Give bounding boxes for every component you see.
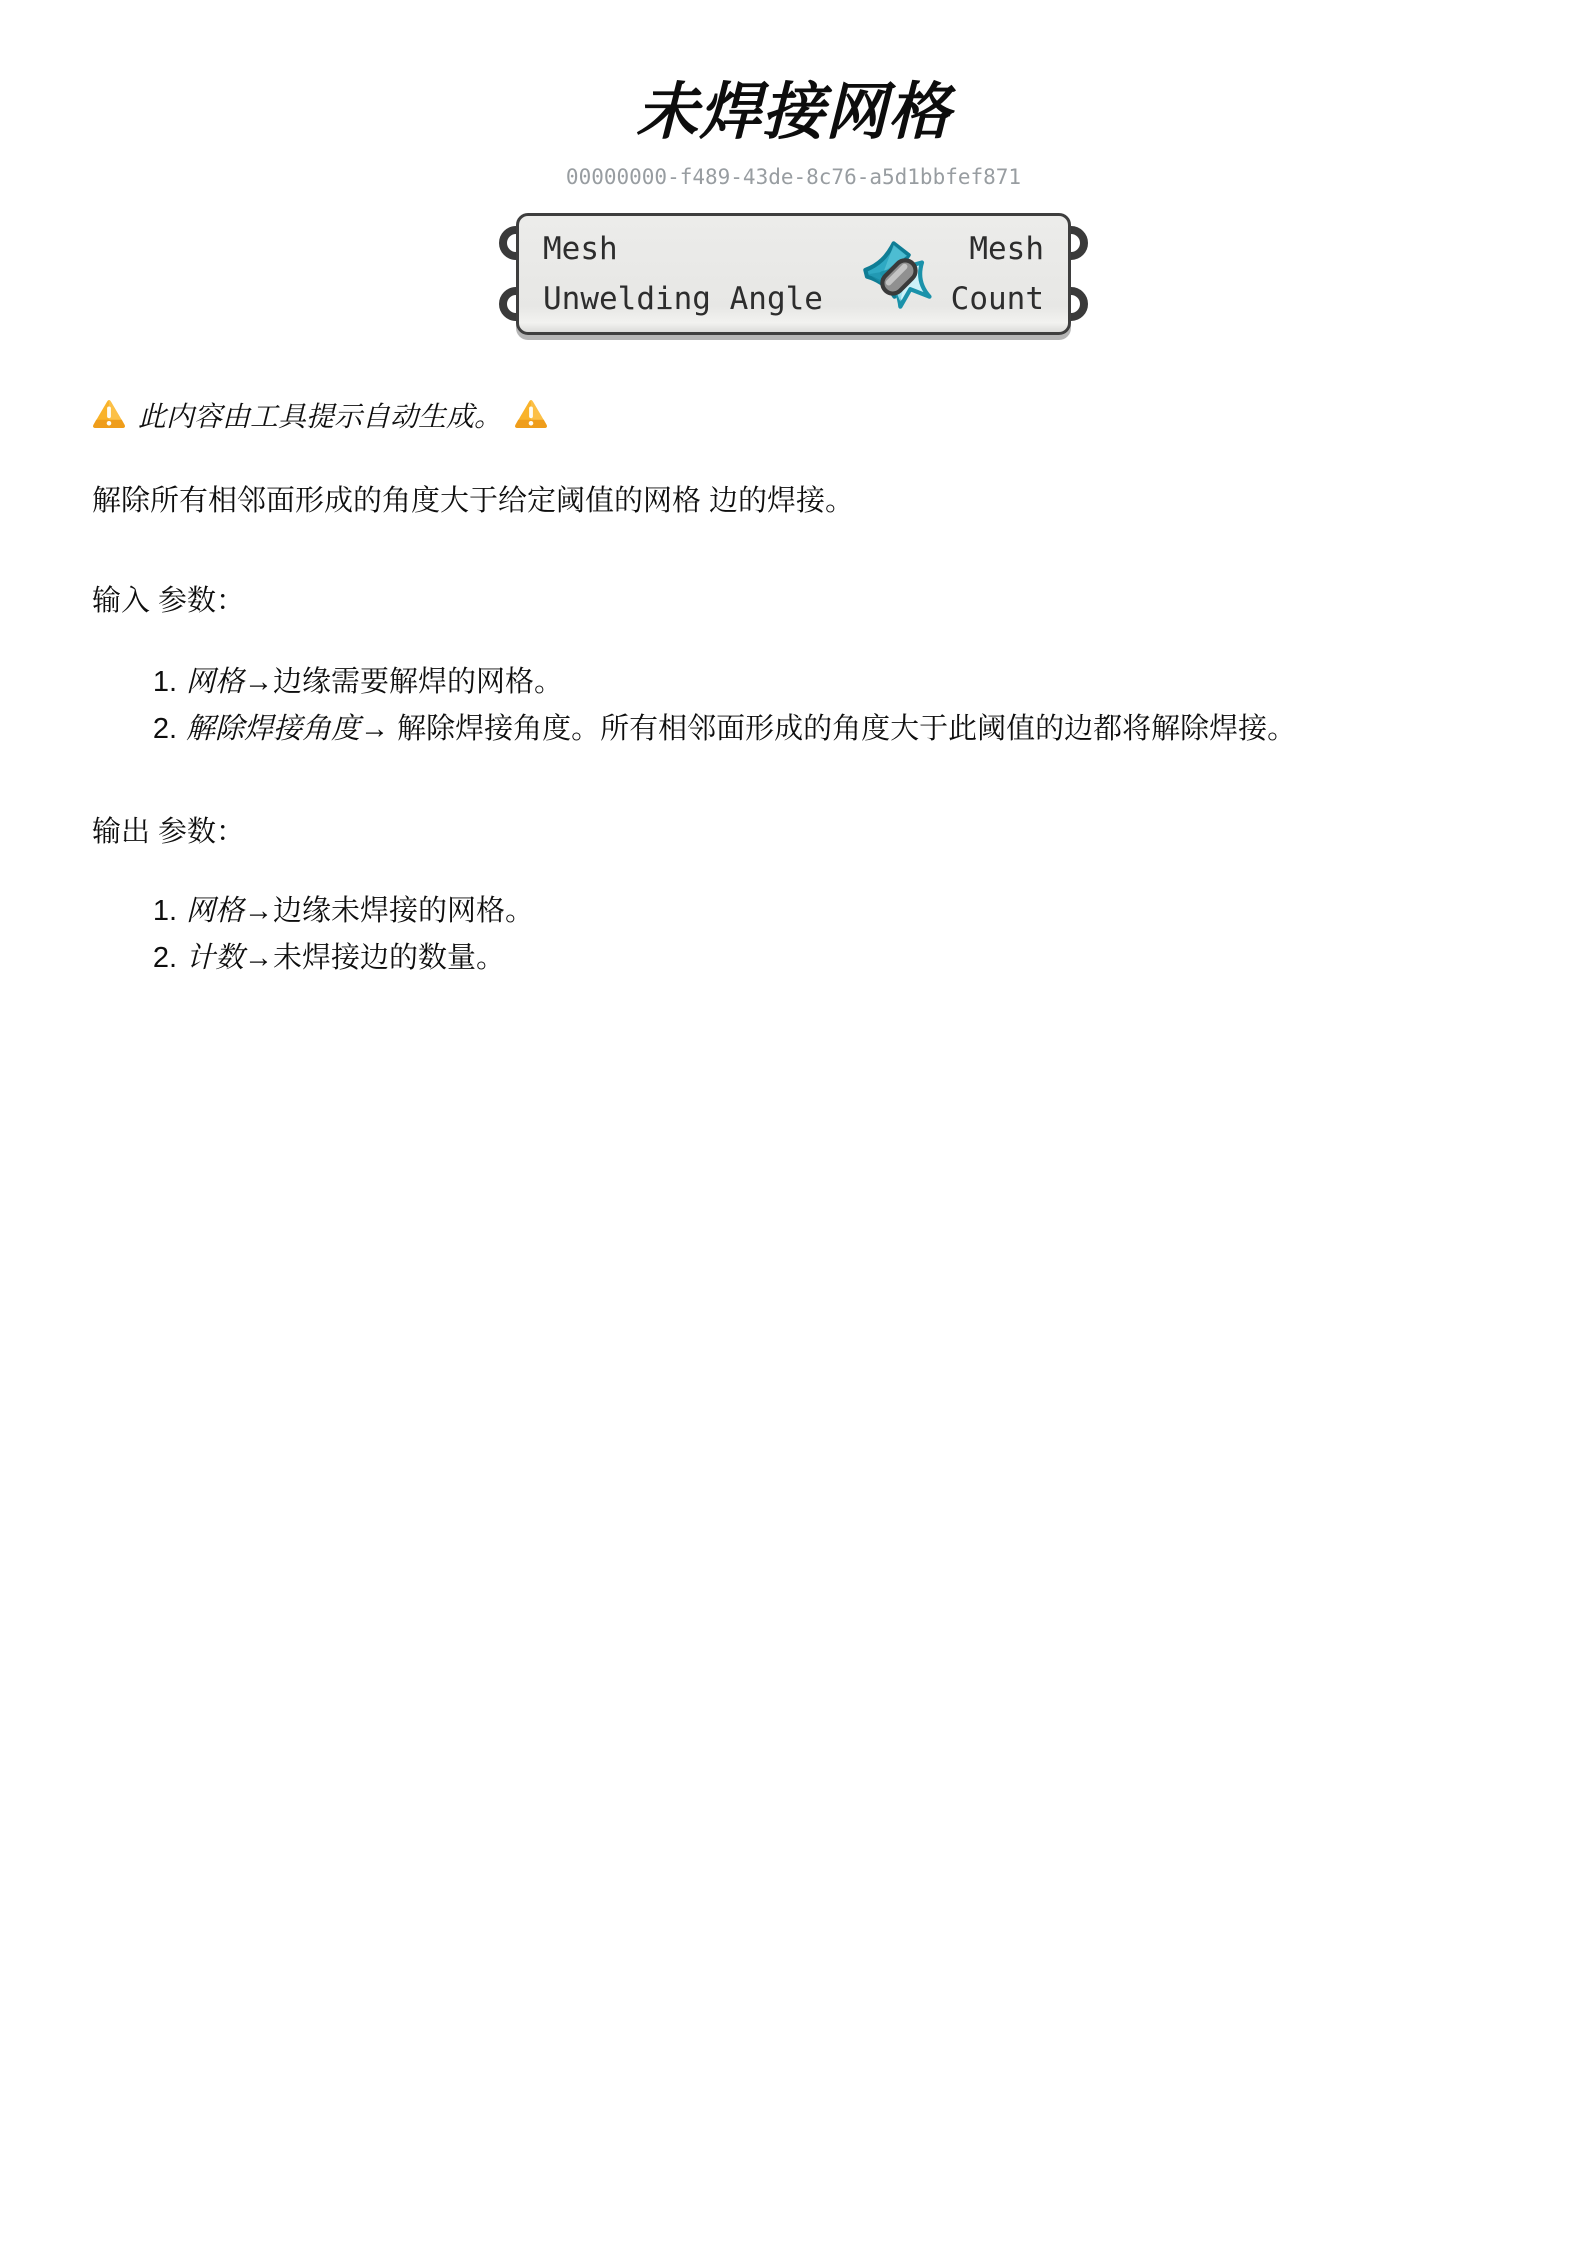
document-page: 未焊接网格 00000000-f489-43de-8c76-a5d1bbfef8…: [0, 0, 1587, 2244]
output-label-count: Count: [951, 281, 1068, 317]
warning-icon: [514, 399, 548, 431]
list-item-number: 2.: [152, 706, 186, 753]
page-title: 未焊接网格: [0, 62, 1587, 151]
warning-icon: [92, 399, 126, 431]
list-item-number: 1.: [152, 659, 186, 706]
outputs-heading: 输出 参数：: [92, 809, 1495, 850]
list-item: 2. 解除焊接角度→ 解除焊接角度。所有相邻面形成的角度大于此阈值的边都将解除焊…: [92, 706, 1495, 753]
param-name: 解除焊接角度: [186, 713, 360, 745]
list-item-text: 网格→边缘未焊接的网格。: [186, 888, 1455, 935]
arrow-glyph: →: [244, 666, 273, 698]
gh-component-body: Mesh Mesh Unwelding Angle Count: [516, 213, 1071, 335]
param-desc: 边缘未焊接的网格。: [273, 895, 534, 927]
param-desc: 边缘需要解焊的网格。: [273, 666, 563, 698]
inputs-heading: 输入 参数：: [92, 578, 1495, 619]
notice-text: 此内容由工具提示自动生成。: [138, 395, 502, 435]
list-item: 1. 网格→边缘未焊接的网格。: [92, 888, 1495, 935]
param-name: 计数: [186, 942, 244, 974]
list-item: 1. 网格→边缘需要解焊的网格。: [92, 659, 1495, 706]
gh-row-1: Mesh Mesh: [519, 224, 1068, 274]
param-name: 网格: [186, 666, 244, 698]
param-name: 网格: [186, 895, 244, 927]
component-diagram: Mesh Mesh Unwelding Angle Count: [0, 213, 1587, 335]
input-label-mesh: Mesh: [519, 231, 618, 267]
unweld-mesh-icon: [854, 235, 940, 315]
input-label-unwelding-angle: Unwelding Angle: [519, 281, 823, 317]
gh-component: Mesh Mesh Unwelding Angle Count: [516, 213, 1071, 335]
content: 此内容由工具提示自动生成。 解除所有相邻面形成的角度大于给定阈值的网格 边的焊接…: [0, 395, 1587, 981]
gh-row-2: Unwelding Angle Count: [519, 274, 1068, 324]
list-item-text: 解除焊接角度→ 解除焊接角度。所有相邻面形成的角度大于此阈值的边都将解除焊接。: [186, 706, 1455, 753]
list-item-number: 1.: [152, 888, 186, 935]
arrow-glyph: →: [360, 713, 389, 745]
arrow-glyph: →: [244, 895, 273, 927]
param-desc: 解除焊接角度。所有相邻面形成的角度大于此阈值的边都将解除焊接。: [389, 713, 1296, 745]
list-item-text: 网格→边缘需要解焊的网格。: [186, 659, 1455, 706]
output-label-mesh: Mesh: [969, 231, 1068, 267]
outputs-list: 1. 网格→边缘未焊接的网格。 2. 计数→未焊接边的数量。: [92, 888, 1495, 982]
inputs-list: 1. 网格→边缘需要解焊的网格。 2. 解除焊接角度→ 解除焊接角度。所有相邻面…: [92, 659, 1495, 753]
list-item-number: 2.: [152, 935, 186, 982]
param-desc: 未焊接边的数量。: [273, 942, 505, 974]
list-item-text: 计数→未焊接边的数量。: [186, 935, 1455, 982]
list-item: 2. 计数→未焊接边的数量。: [92, 935, 1495, 982]
hero-section: 未焊接网格 00000000-f489-43de-8c76-a5d1bbfef8…: [0, 0, 1587, 189]
component-description: 解除所有相邻面形成的角度大于给定阈值的网格 边的焊接。: [92, 481, 1495, 522]
auto-generated-notice: 此内容由工具提示自动生成。: [92, 395, 1495, 435]
component-guid: 00000000-f489-43de-8c76-a5d1bbfef871: [0, 165, 1587, 189]
arrow-glyph: →: [244, 942, 273, 974]
